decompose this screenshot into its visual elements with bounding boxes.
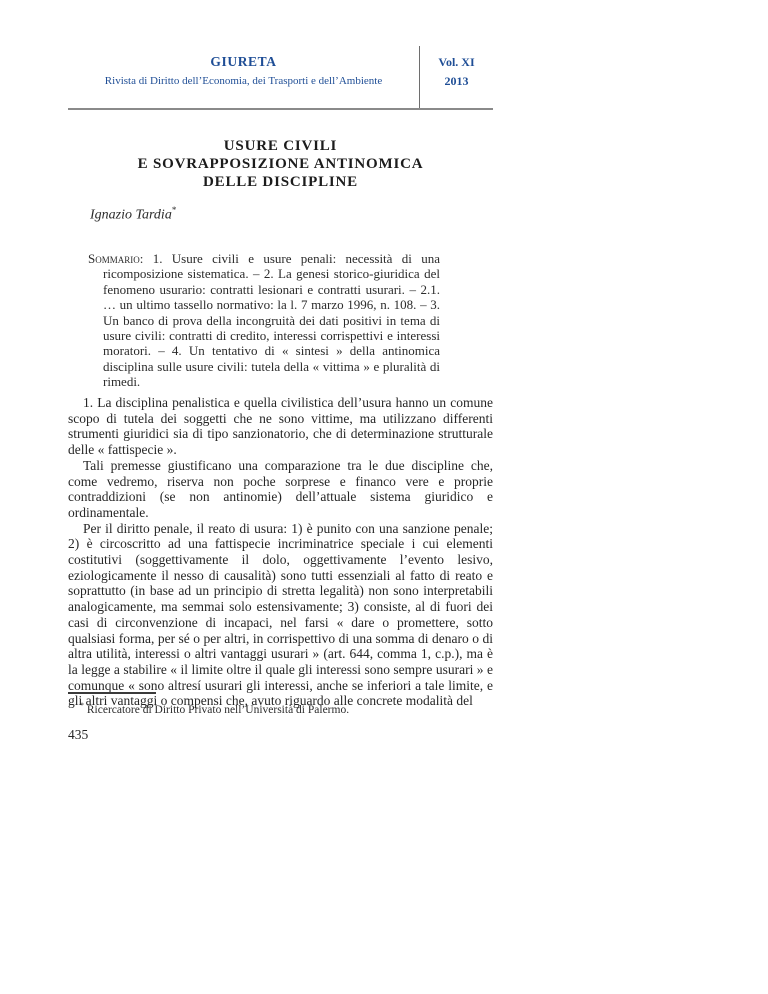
year-label: 2013: [420, 74, 493, 89]
footnote-text: Ricercatore di Diritto Privato nell’Univ…: [87, 704, 349, 716]
header-rule: [68, 108, 493, 110]
summary-label: Sommario:: [88, 251, 143, 266]
summary-text: 1. Usure civili e usure penali: necessit…: [103, 251, 440, 389]
body-paragraph-1: 1. La disciplina penalistica e quella ci…: [68, 395, 493, 458]
footnote-rule: [68, 692, 156, 694]
article-body: 1. La disciplina penalistica e quella ci…: [68, 395, 493, 709]
journal-title: GIURETA: [68, 54, 419, 70]
body-paragraph-3: Per il diritto penale, il reato di usura…: [68, 521, 493, 709]
body-paragraph-2: Tali premesse giustificano una comparazi…: [68, 458, 493, 521]
journal-subtitle: Rivista di Diritto dell’Economia, dei Tr…: [68, 74, 419, 89]
author-name: Ignazio Tardia: [90, 208, 172, 223]
journal-masthead: GIURETA Rivista di Diritto dell’Economia…: [68, 46, 493, 109]
summary-block: Sommario: 1. Usure civili e usure penali…: [88, 251, 440, 390]
masthead-left: GIURETA Rivista di Diritto dell’Economia…: [68, 46, 420, 109]
footnote-marker: *: [80, 701, 84, 710]
footnote: * Ricercatore di Diritto Privato nell’Un…: [68, 699, 493, 717]
article-title: USURE CIVILI E SOVRAPPOSIZIONE ANTINOMIC…: [68, 137, 493, 191]
volume-label: Vol. XI: [420, 54, 493, 70]
author-line: Ignazio Tardia*: [68, 205, 493, 224]
page-number: 435: [68, 727, 88, 743]
masthead-right: Vol. XI 2013: [420, 46, 493, 109]
author-footnote-marker: *: [172, 205, 177, 215]
journal-page: GIURETA Rivista di Diritto dell’Economia…: [0, 0, 768, 994]
